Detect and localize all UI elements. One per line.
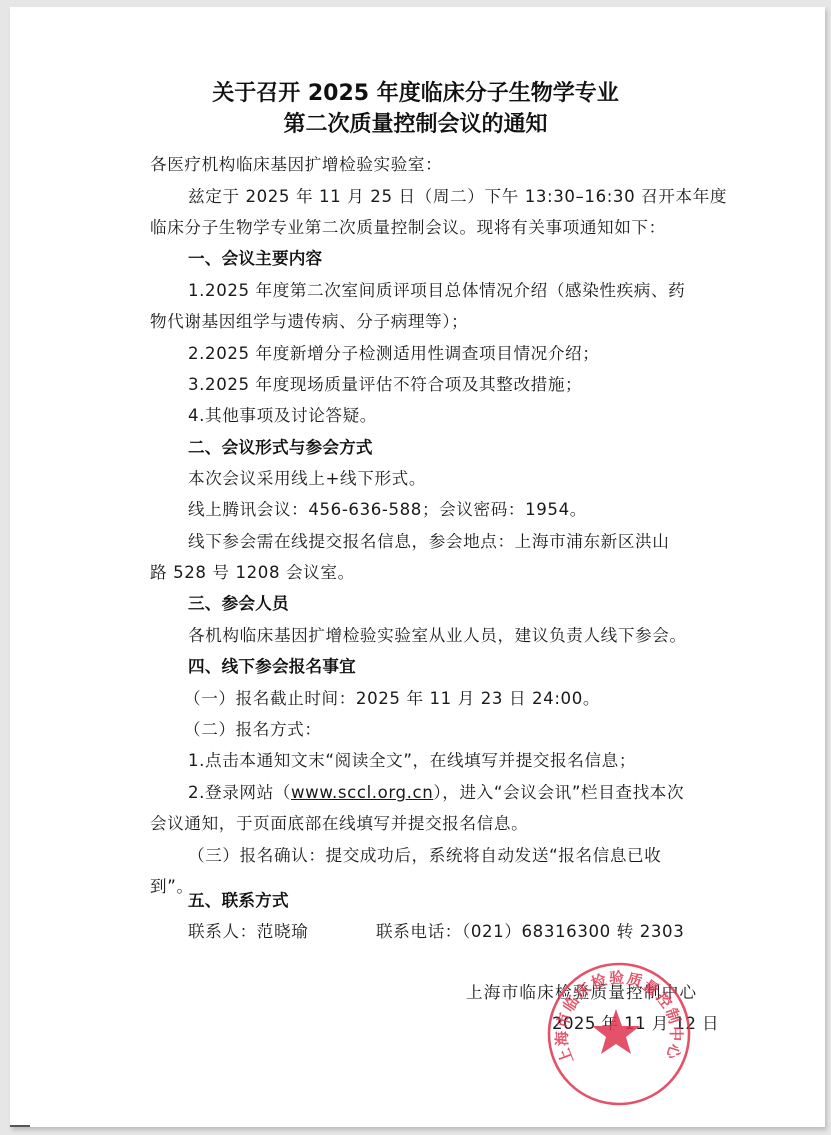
- contact-phone: 联系电话：（021）68316300 转 2303: [376, 918, 684, 942]
- section-1-line: 3.2025 年度现场质量评估不符合项及其整改措施；: [188, 371, 582, 395]
- section-2-line: 线上腾讯会议：456-636-588；会议密码：1954。: [188, 496, 587, 520]
- section-4-line: （二）报名方式：: [184, 716, 322, 740]
- salutation: 各医疗机构临床基因扩增检验实验室：: [150, 151, 442, 175]
- section-4-website-line: 2.登录网站（www.sccl.org.cn），进入“会议会讯”栏目查找本次: [188, 779, 684, 803]
- section-3-line: 各机构临床基因扩增检验实验室从业人员，建议负责人线下参会。: [188, 622, 687, 646]
- section-1-line: 物代谢基因组学与遗传病、分子病理等）；: [150, 308, 468, 332]
- section-4-line: （三）报名确认：提交成功后，系统将自动发送“报名信息已收: [188, 842, 661, 866]
- section-heading-3: 三、参会人员: [188, 590, 289, 614]
- website-prefix: 2.登录网站（: [188, 783, 291, 802]
- section-2-line: 线下参会需在线提交报名信息，参会地点：上海市浦东新区洪山: [188, 528, 669, 552]
- signature-date: 2025 年 11 月 12 日: [552, 1010, 719, 1034]
- section-4-line: 会议通知，于页面底部在线填写并提交报名信息。: [150, 810, 528, 834]
- intro-line-1: 兹定于 2025 年 11 月 25 日（周二）下午 13:30–16:30 召…: [188, 183, 727, 207]
- section-2-line: 路 528 号 1208 会议室。: [150, 559, 355, 583]
- section-1-line: 1.2025 年度第二次室间质评项目总体情况介绍（感染性疾病、药: [188, 277, 685, 301]
- website-suffix: ），进入“会议会讯”栏目查找本次: [433, 783, 684, 802]
- document-title-line-2: 第二次质量控制会议的通知: [0, 107, 831, 138]
- contact-person: 联系人：范晓瑜: [188, 918, 308, 942]
- document-title-line-1: 关于召开 2025 年度临床分子生物学专业: [0, 76, 831, 107]
- intro-line-2: 临床分子生物学专业第二次质量控制会议。现将有关事项通知如下：: [150, 214, 666, 238]
- section-4-line: 1.点击本通知文末“阅读全文”，在线填写并提交报名信息；: [188, 747, 636, 771]
- signature-organization: 上海市临床检验质量控制中心: [466, 979, 697, 1003]
- section-heading-5: 五、联系方式: [188, 887, 289, 911]
- section-heading-2: 二、会议形式与参会方式: [188, 434, 373, 458]
- section-2-line: 本次会议采用线上+线下形式。: [188, 465, 426, 489]
- document-page: [10, 7, 825, 1127]
- section-heading-4: 四、线下参会报名事宜: [188, 653, 356, 677]
- section-1-line: 4.其他事项及讨论答疑。: [188, 402, 377, 426]
- section-4-line: （一）报名截止时间：2025 年 11 月 23 日 24:00。: [184, 685, 600, 709]
- section-1-line: 2.2025 年度新增分子检测适用性调查项目情况介绍；: [188, 340, 599, 364]
- section-heading-1: 一、会议主要内容: [188, 245, 322, 269]
- page-corner-mark: [10, 1125, 30, 1127]
- website-link[interactable]: www.sccl.org.cn: [291, 783, 433, 802]
